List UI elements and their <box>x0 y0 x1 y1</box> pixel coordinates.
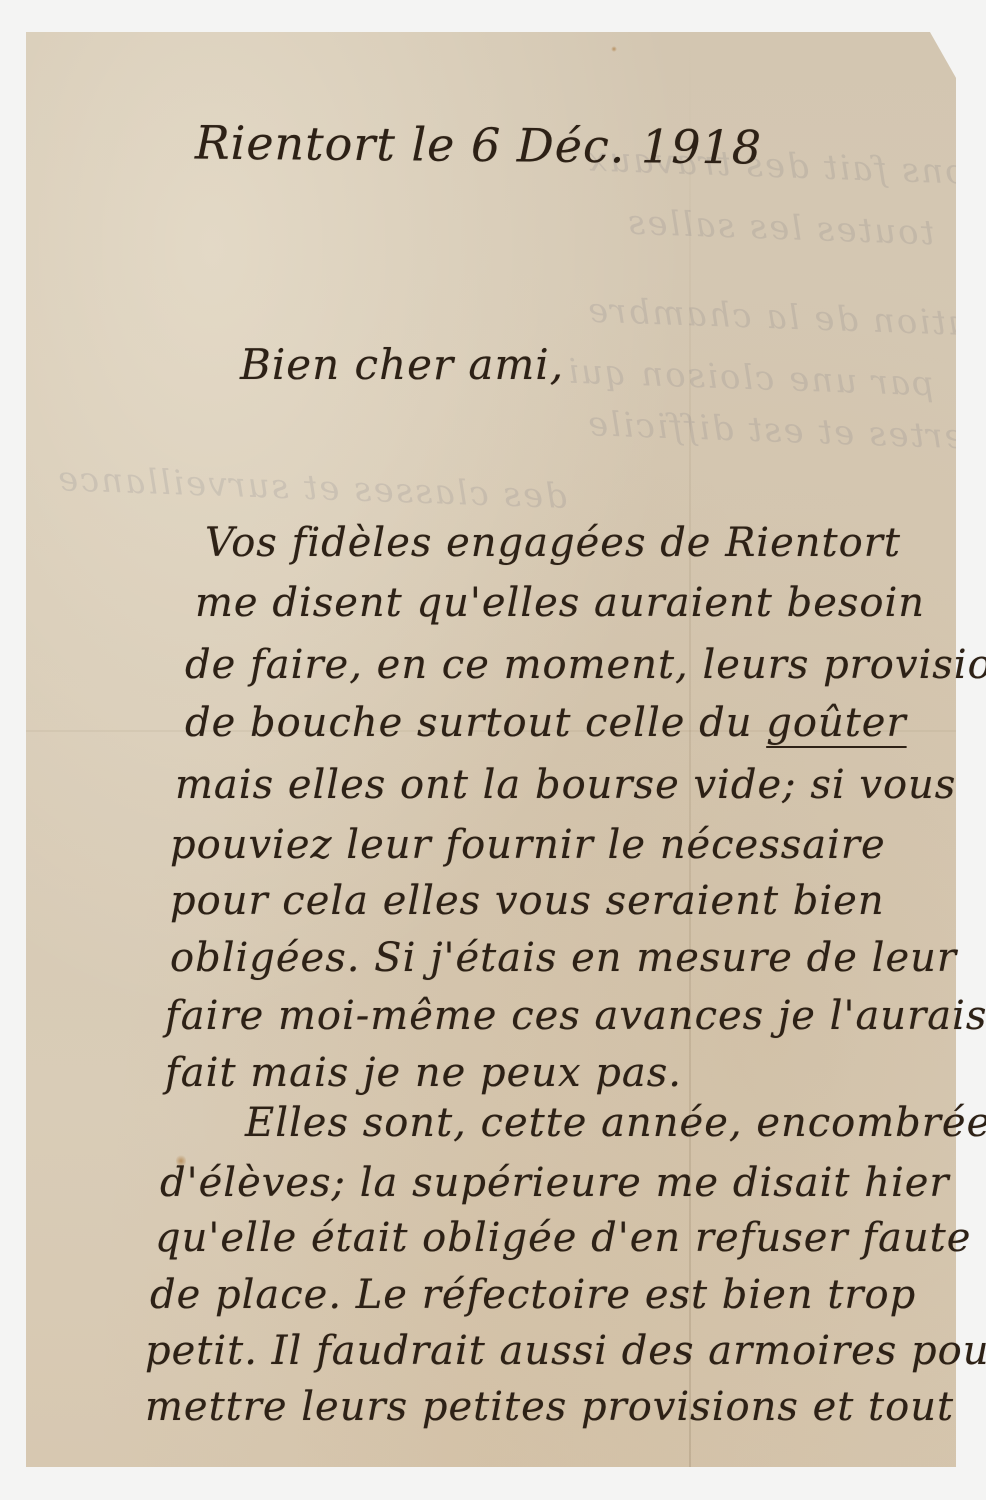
letter-line-6: pouviez leur fournir le nécessaire <box>170 822 886 868</box>
letter-line-3: de faire, en ce moment, leurs provisions <box>185 642 986 688</box>
bleed-through-text: la séparation de la chambre <box>585 291 986 350</box>
letter-line-14: de place. Le réfectoire est bien trop <box>150 1272 916 1318</box>
letter-line-11: Elles sont, cette année, encombrées <box>245 1100 986 1146</box>
letter-line-10: fait mais je ne peux pas. <box>165 1050 682 1096</box>
letter-line-15: petit. Il faudrait aussi des armoires po… <box>145 1328 986 1374</box>
bleed-through-text: toutes les salles <box>625 203 935 254</box>
letter-line-13: qu'elle était obligée d'en refuser faute <box>155 1215 971 1261</box>
underlined-word: goûter <box>766 700 906 746</box>
letter-line-12: d'élèves; la supérieure me disait hier <box>160 1160 950 1206</box>
letter-line-4-prefix: de bouche surtout celle du <box>185 700 766 746</box>
bleed-through-text: des classes et surveillance <box>55 459 567 517</box>
letter-line-7: pour cela elles vous seraient bien <box>170 878 885 924</box>
letter-line-1: Vos fidèles engagées de Rientort <box>205 520 901 566</box>
scanned-letter: que nous avons fait des travaux toutes l… <box>0 0 986 1500</box>
letter-line-4: de bouche surtout celle du goûter de bou… <box>185 700 907 746</box>
letter-line-16: mettre leurs petites provisions et tout <box>145 1384 954 1430</box>
bleed-through-text: par une cloison qui <box>565 352 934 405</box>
bleed-through-text: cause ouvertes et est difficile <box>585 404 986 464</box>
letter-salutation: Bien cher ami, <box>240 340 564 389</box>
letter-date-line: Rientort le 6 Déc. 1918 <box>195 116 763 175</box>
foxing-stain <box>611 46 617 52</box>
letter-line-2: me disent qu'elles auraient besoin <box>195 580 925 626</box>
letter-line-8: obligées. Si j'étais en mesure de leur <box>170 935 957 981</box>
letter-line-5: mais elles ont la bourse vide; si vous <box>175 762 956 808</box>
letter-line-9: faire moi-même ces avances je l'aurais <box>165 993 986 1039</box>
